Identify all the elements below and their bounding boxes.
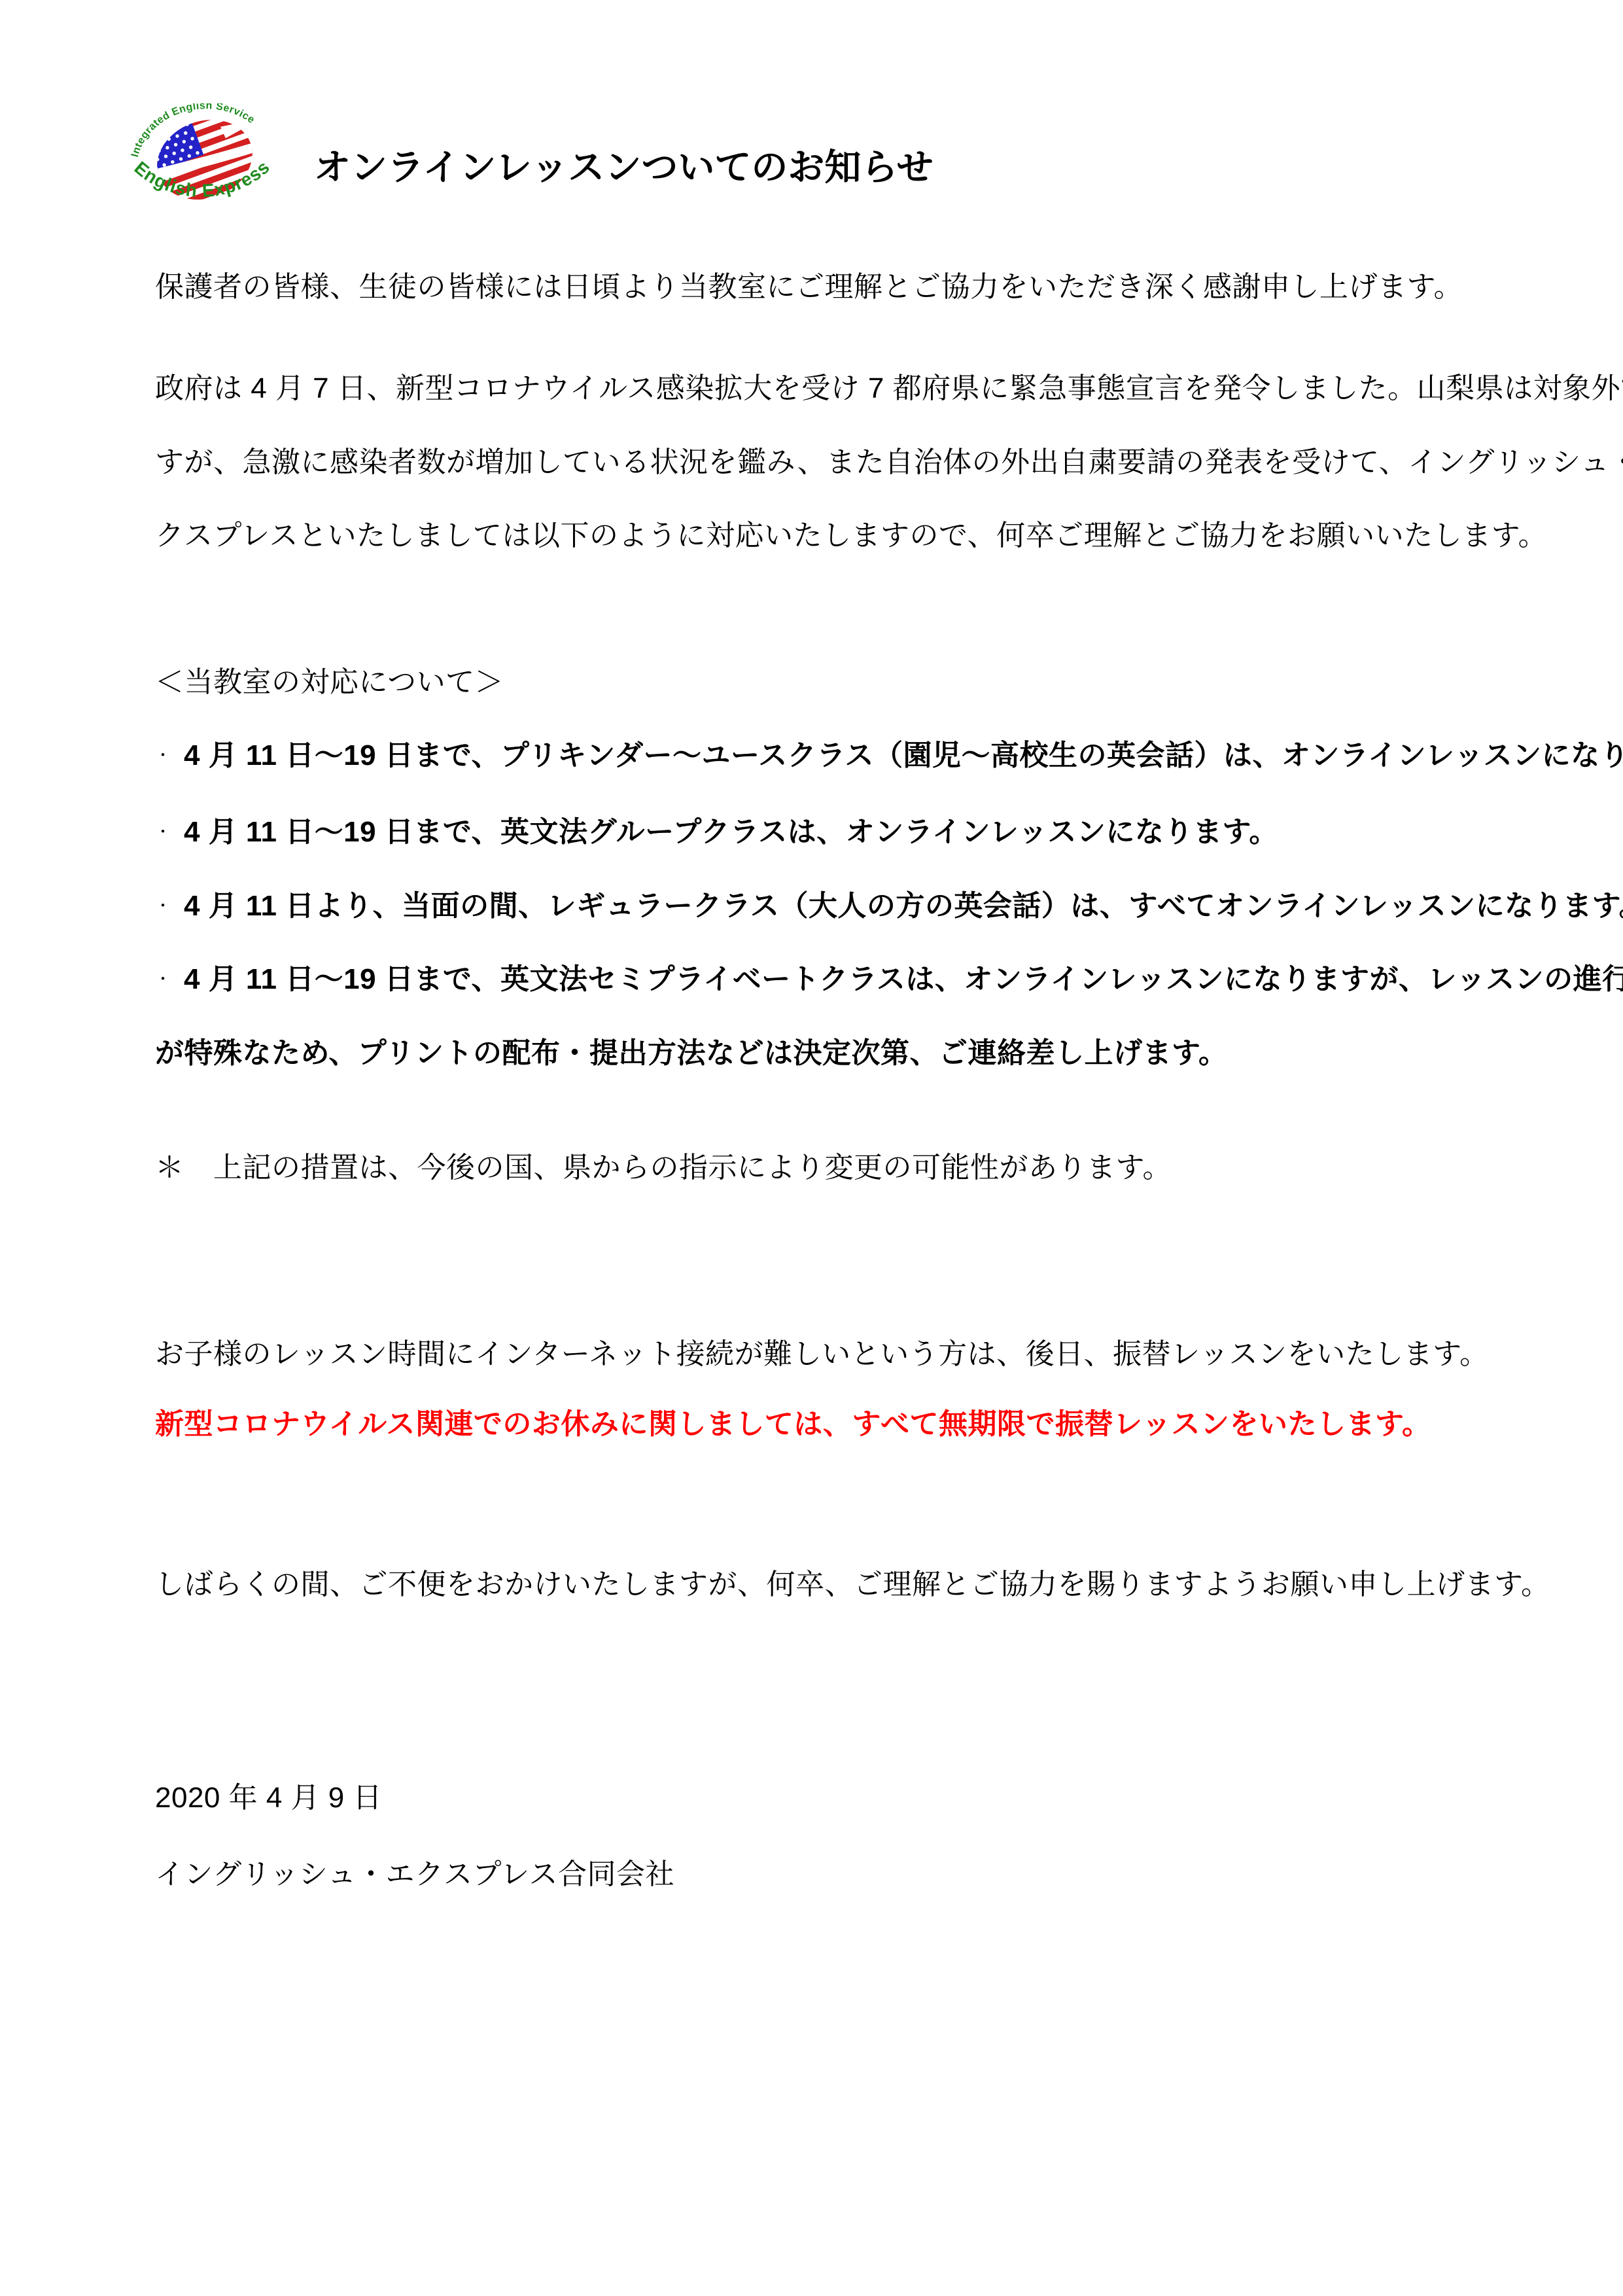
bullet-prekinder-youth: ・ 4 月 11 日～19 日まで、プリキンダー～ユースクラス（園児～高校生の英… [155, 737, 1544, 774]
bullet-text: 4 月 11 日より、当面の間、レギュラークラス（大人の方の英会話）は、すべてオ… [184, 888, 1623, 925]
bullet-text: 4 月 11 日～19 日まで、英文法セミプライベートクラスは、オンラインレッス… [184, 961, 1623, 998]
document-page: Integrated English Service English Expre… [0, 0, 1623, 2296]
bullet-text: 4 月 11 日～19 日まで、英文法グループクラスは、オンラインレッスンになり… [184, 814, 1278, 851]
english-express-logo: Integrated English Service English Expre… [128, 103, 280, 219]
section-heading: ＜当教室の対応について＞ [155, 664, 1544, 701]
bullet-semi-private: ・ 4 月 11 日～19 日まで、英文法セミプライベートクラスは、オンラインレ… [155, 961, 1544, 998]
bullet-semi-private-continuation: が特殊なため、プリントの配布・提出方法などは決定次第、ご連絡差し上げます。 [155, 1035, 1544, 1072]
makeup-paragraph: お子様のレッスン時間にインターネット接続が難しいという方は、後日、振替レッスンを… [155, 1336, 1544, 1373]
intro-line-3: クスプレスといたしましては以下のように対応いたしますので、何卒ご理解とご協力をお… [155, 518, 1544, 554]
bullet-grammar-group: ・ 4 月 11 日～19 日まで、英文法グループクラスは、オンラインレッスンに… [155, 814, 1544, 851]
bullet-icon: ・ [155, 961, 184, 998]
bullet-icon: ・ [155, 814, 184, 851]
bullet-icon: ・ [155, 737, 184, 774]
bullet-regular-class: ・ 4 月 11 日より、当面の間、レギュラークラス（大人の方の英会話）は、すべ… [155, 888, 1544, 925]
page-title: オンラインレッスンついてのお知らせ [314, 145, 934, 190]
company-name: イングリッシュ・エクスプレス合同会社 [155, 1856, 1544, 1893]
greeting-paragraph: 保護者の皆様、生徒の皆様には日頃より当教室にご理解とご協力をいただき深く感謝申し… [155, 269, 1544, 306]
bullet-text: 4 月 11 日～19 日まで、プリキンダー～ユースクラス（園児～高校生の英会話… [184, 737, 1623, 774]
asterisk-note: ＊ 上記の措置は、今後の国、県からの指示により変更の可能性があります。 [155, 1150, 1544, 1186]
intro-line-1: 政府は 4 月 7 日、新型コロナウイルス感染拡大を受け 7 都府県に緊急事態宣… [155, 370, 1544, 407]
covid-makeup-notice: 新型コロナウイルス関連でのお休みに関しましては、すべて無期限で振替レッスンをいた… [155, 1406, 1544, 1443]
closing-paragraph: しばらくの間、ご不便をおかけいたしますが、何卒、ご理解とご協力を賜りますようお願… [155, 1566, 1544, 1603]
intro-line-2: すが、急激に感染者数が増加している状況を鑑み、また自治体の外出自粛要請の発表を受… [155, 444, 1544, 481]
document-date: 2020 年 4 月 9 日 [155, 1780, 1544, 1816]
bullet-icon: ・ [155, 888, 184, 925]
